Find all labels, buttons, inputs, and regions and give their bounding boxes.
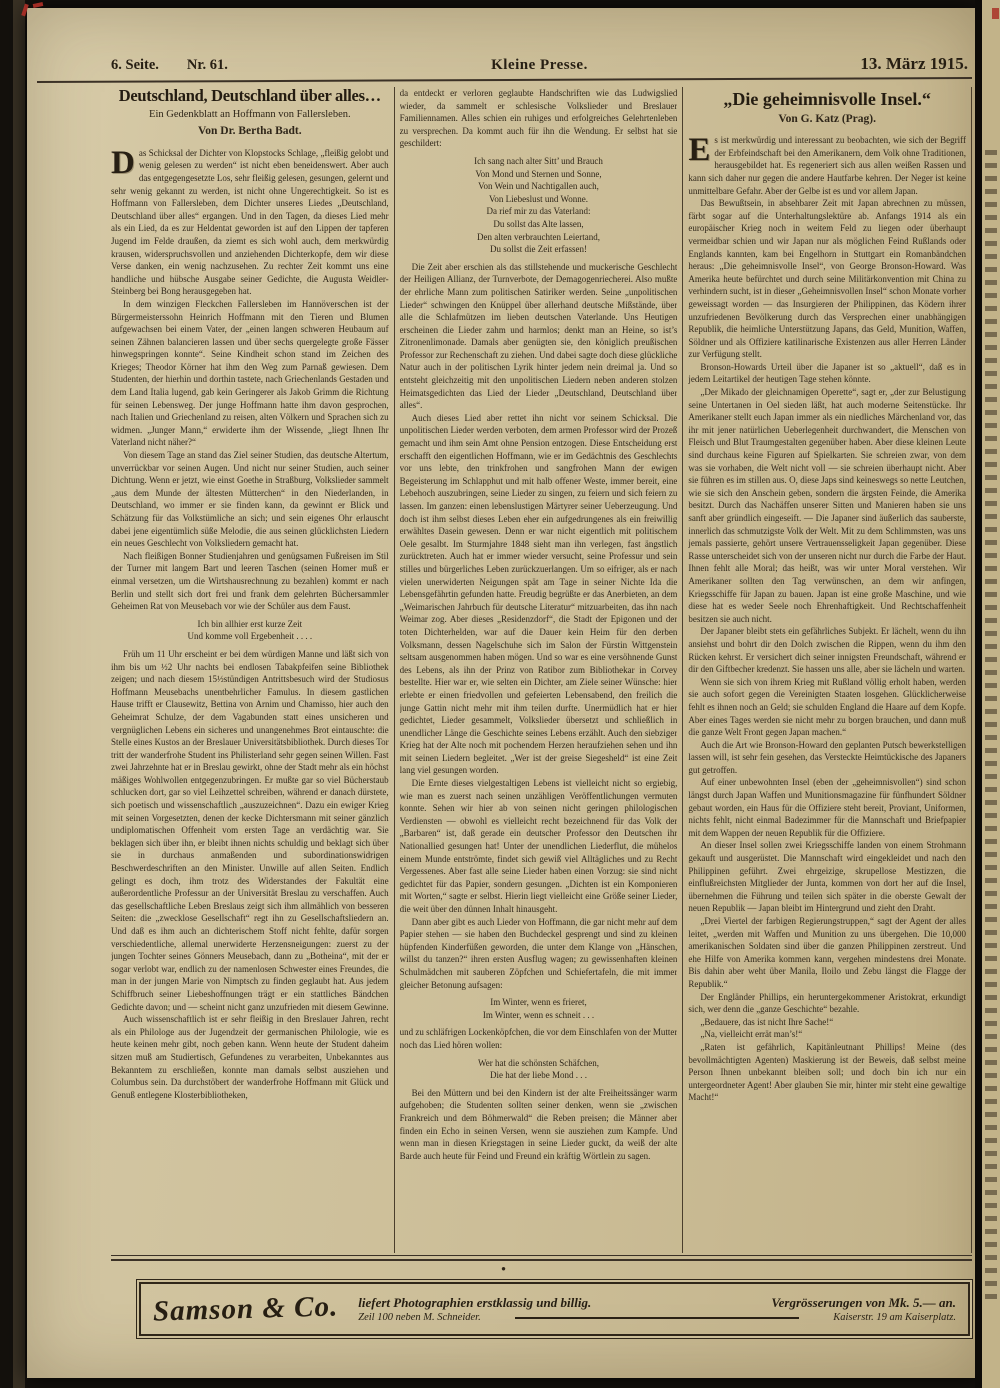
article-byline-right: Von G. Katz (Prag). (688, 113, 966, 126)
paragraph: Auch dieses Lied aber rettet ihn nicht v… (400, 412, 678, 777)
red-ink-speck (992, 8, 999, 19)
page-edge-shadow (975, 0, 982, 1388)
paragraph: Nach fleißigen Bonner Studienjahren und … (111, 550, 389, 613)
divider-ornament: ● (27, 1264, 980, 1273)
paragraph: In dem winzigen Fleckchen Fallersleben i… (111, 298, 389, 449)
paragraph: Von diesem Tage an stand das Ziel seiner… (111, 449, 389, 550)
column-middle: da entdeckt er verloren geglaubte Handsc… (400, 87, 678, 1253)
advertiser-name: Samson & Co. (153, 1290, 339, 1328)
article-title-left: Deutschland, Deutschland über alles… (111, 90, 389, 103)
issue-date: 13. März 1915. (696, 54, 968, 74)
paragraph: Auch wissenschaftlich ist er sehr fleißi… (111, 1013, 389, 1101)
article-byline-left: Von Dr. Bertha Badt. (111, 125, 389, 138)
paragraph: Dann aber gibt es auch Lieder von Hoffma… (400, 916, 678, 992)
paragraph: Das Schicksal der Dichter von Klopstocks… (111, 147, 389, 298)
article-title-right: „Die geheimnisvolle Insel.“ (688, 93, 966, 106)
issue-number-label: Nr. 61. (187, 57, 228, 74)
paragraph: Bei den Müttern und bei den Kindern ist … (400, 1087, 678, 1163)
paragraph: Bronson-Howards Urteil über die Japaner … (688, 361, 966, 386)
paragraph: An dieser Insel sollen zwei Kriegsschiff… (688, 839, 966, 915)
poem-verse: Im Winter, wenn es frieret, Im Winter, w… (400, 996, 678, 1021)
masthead-rule (37, 77, 972, 83)
paper-title: Kleine Presse. (383, 57, 696, 74)
ad-price-text: Vergrösserungen von Mk. 5.— an. (771, 1295, 956, 1311)
paragraph: Früh um 11 Uhr erscheint er bei dem würd… (111, 648, 389, 1013)
masthead-left: 6. Seite. Nr. 61. (111, 57, 383, 74)
paragraph: Auf einer unbewohnten Insel (eben der „g… (688, 776, 966, 839)
adjacent-page-text-hint (985, 150, 997, 1300)
column-divider-rule (682, 87, 683, 1253)
paragraph: Das Bewußtsein, in absehbarer Zeit mit J… (688, 197, 966, 361)
paragraph: „Na, vielleicht errät man’s!“ (688, 1028, 966, 1041)
poem-verse: Wer hat die schönsten Schäfchen, Die hat… (400, 1057, 678, 1082)
newspaper-scan: { "masthead": { "page_label": "6. Seite.… (0, 0, 1000, 1388)
column-right: „Die geheimnisvolle Insel.“ Von G. Katz … (688, 87, 966, 1253)
section-end-rule (111, 1255, 972, 1261)
drop-cap-letter: E (688, 134, 714, 164)
paragraph: Auch die Art wie Bronson-Howard den gepl… (688, 739, 966, 777)
advertisement-text: liefert Photographien erstklassig und bi… (358, 1295, 956, 1323)
paragraph: Die Zeit aber erschien als das stillsteh… (400, 261, 678, 412)
paragraph: Die Ernte dieses vielgestaltigen Lebens … (400, 777, 678, 916)
paragraph: „Raten ist gefährlich, Kapitänleutnant P… (688, 1041, 966, 1104)
ad-divider-dash (515, 1317, 799, 1319)
advertisement-samson: Samson & Co. liefert Photographien erstk… (139, 1282, 970, 1336)
red-ink-mark (21, 2, 51, 18)
paragraph: Wenn sie sich von ihrem Krieg mit Rußlan… (688, 676, 966, 739)
page-number-label: 6. Seite. (111, 57, 159, 74)
paragraph: Der Japaner bleibt stets ein gefährliche… (688, 625, 966, 675)
paragraph: „Drei Viertel der farbigen Regierungstru… (688, 915, 966, 991)
article-subtitle-left: Ein Gedenkblatt an Hoffmann von Fallersl… (111, 109, 389, 122)
drop-cap-letter: D (111, 147, 139, 177)
adjacent-page-sliver (982, 0, 1000, 1388)
paragraph: „Bedauere, das ist nicht Ihre Sache!“ (688, 1016, 966, 1029)
underlying-page-edge (13, 0, 25, 1388)
paragraph: Es ist merkwürdig und interessant zu beo… (688, 134, 966, 197)
column-divider-rule (394, 87, 395, 1253)
paragraph: da entdeckt er verloren geglaubte Handsc… (400, 87, 678, 150)
ad-address-right: Kaiserstr. 19 am Kaiserplatz. (833, 1312, 956, 1323)
paragraph: und zu schläfrigen Lockenköpfchen, die v… (400, 1026, 678, 1051)
page-columns: Deutschland, Deutschland über alles… Ein… (111, 87, 972, 1253)
column-left: Deutschland, Deutschland über alles… Ein… (111, 87, 389, 1253)
paragraph: Der Engländer Phillips, ein heruntergeko… (688, 991, 966, 1016)
masthead: 6. Seite. Nr. 61. Kleine Presse. 13. Mär… (111, 54, 968, 74)
ad-offer-text: liefert Photographien erstklassig und bi… (358, 1295, 591, 1311)
poem-verse: Ich sang nach alter Sitt’ und Brauch Von… (400, 155, 678, 256)
paragraph: „Der Mikado der gleichnamigen Operette“,… (688, 386, 966, 625)
newspaper-page: 6. Seite. Nr. 61. Kleine Presse. 13. Mär… (27, 8, 980, 1378)
poem-verse: Ich bin allhier erst kurze Zeit Und komm… (111, 618, 389, 643)
ad-address-left: Zeil 100 neben M. Schneider. (358, 1312, 480, 1323)
